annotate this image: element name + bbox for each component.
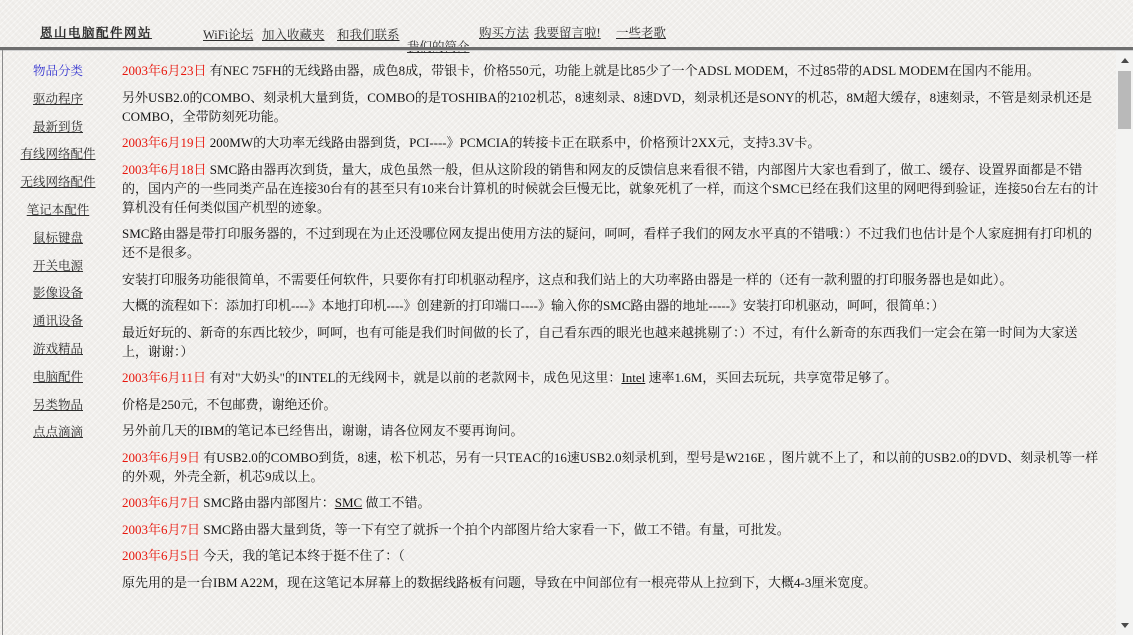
nav-leave-message[interactable]: 我要留言啦! <box>534 23 601 41</box>
news-entry: 2003年6月11日 有对"大奶头"的INTEL的无线网卡，就是以前的老款网卡，… <box>122 368 1102 387</box>
sidebar-item-13[interactable]: 点点滴滴 <box>3 419 113 447</box>
sidebar-item-3[interactable]: 有线网络配件 <box>3 141 113 169</box>
sidebar-item-4[interactable]: 无线网络配件 <box>3 169 113 197</box>
scroll-up-icon <box>1121 58 1129 63</box>
entry-link[interactable]: Intel <box>621 370 645 385</box>
news-entry: 2003年6月19日 200MW的大功率无线路由器到货，PCI----》PCMC… <box>122 133 1102 152</box>
site-title-link[interactable]: 恩山电脑配件网站 <box>40 23 152 41</box>
news-entry: 价格是250元，不包邮费，谢绝还价。 <box>122 395 1102 414</box>
sidebar-item-2[interactable]: 最新到货 <box>3 114 113 142</box>
entry-link[interactable]: SMC <box>335 495 362 510</box>
news-entry: 大概的流程如下：添加打印机----》本地打印机----》创建新的打印端口----… <box>122 296 1102 315</box>
news-entry: 另外前几天的IBM的笔记本已经售出，谢谢，请各位网友不要再询问。 <box>122 421 1102 440</box>
news-entry: 2003年6月9日 有USB2.0的COMBO到货，8速，松下机芯，另有一只TE… <box>122 448 1102 486</box>
scroll-up-button[interactable] <box>1116 53 1133 68</box>
nav-old-songs[interactable]: 一些老歌 <box>616 23 666 41</box>
news-entry: SMC路由器是带打印服务器的，不过到现在为止还没哪位网友提出使用方法的疑问，呵呵… <box>122 224 1102 262</box>
scrollbar-thumb[interactable] <box>1118 71 1131 129</box>
sidebar-item-11[interactable]: 电脑配件 <box>3 364 113 392</box>
entry-date: 2003年6月9日 <box>122 450 200 465</box>
nav-add-favorites[interactable]: 加入收藏夹 <box>262 25 325 43</box>
news-entry: 另外USB2.0的COMBO、刻录机大量到货，COMBO的是TOSHIBA的21… <box>122 88 1102 126</box>
news-entry: 2003年6月5日 今天，我的笔记本终于挺不住了：（ <box>122 546 1102 565</box>
sidebar-item-9[interactable]: 通讯设备 <box>3 308 113 336</box>
sidebar-item-7[interactable]: 开关电源 <box>3 253 113 281</box>
sidebar-item-1[interactable]: 驱动程序 <box>3 86 113 114</box>
news-entry: 最近好玩的、新奇的东西比较少，呵呵，也有可能是我们时间做的长了，自己看东西的眼光… <box>122 323 1102 361</box>
content-scrollbar[interactable] <box>1116 51 1133 635</box>
entry-date: 2003年6月5日 <box>122 548 200 563</box>
news-entry: 2003年6月23日 有NEC 75FH的无线路由器，成色8成，带银卡，价格55… <box>122 61 1102 80</box>
news-entry: 安装打印服务功能很简单，不需要任何软件，只要你有打印机驱动程序，这点和我们站上的… <box>122 270 1102 289</box>
news-list: 2003年6月23日 有NEC 75FH的无线路由器，成色8成，带银卡，价格55… <box>113 50 1116 635</box>
scroll-down-button[interactable] <box>1116 618 1133 633</box>
entry-date: 2003年6月23日 <box>122 63 207 78</box>
entry-date: 2003年6月7日 <box>122 522 200 537</box>
sidebar-item-6[interactable]: 鼠标键盘 <box>3 225 113 253</box>
nav-wifi-forum[interactable]: WiFi论坛 <box>203 25 253 43</box>
sidebar-nav: 物品分类驱动程序最新到货有线网络配件无线网络配件笔记本配件鼠标键盘开关电源影像设… <box>3 50 113 635</box>
sidebar-item-10[interactable]: 游戏精品 <box>3 336 113 364</box>
entry-date: 2003年6月18日 <box>122 162 207 177</box>
top-nav-frame: 恩山电脑配件网站 WiFi论坛 加入收藏夹 和我们联系 购买方法 我要留言啦! … <box>0 0 1133 47</box>
news-entry: 2003年6月18日 SMC路由器再次到货，量大，成色虽然一般，但从这阶段的销售… <box>122 160 1102 217</box>
entry-date: 2003年6月11日 <box>122 370 206 385</box>
nav-how-to-buy[interactable]: 购买方法 <box>479 23 529 41</box>
entry-date: 2003年6月19日 <box>122 135 207 150</box>
sidebar-item-0[interactable]: 物品分类 <box>3 58 113 86</box>
sidebar-item-5[interactable]: 笔记本配件 <box>3 197 113 225</box>
news-entry: 原先用的是一台IBM A22M，现在这笔记本屏幕上的数据线路板有问题，导致在中间… <box>122 573 1102 592</box>
news-entry: 2003年6月7日 SMC路由器内部图片：SMC 做工不错。 <box>122 493 1102 512</box>
sidebar-item-8[interactable]: 影像设备 <box>3 280 113 308</box>
sidebar-item-12[interactable]: 另类物品 <box>3 392 113 420</box>
news-entry: 2003年6月7日 SMC路由器大量到货，等一下有空了就拆一个拍个内部图片给大家… <box>122 520 1102 539</box>
entry-date: 2003年6月7日 <box>122 495 200 510</box>
nav-contact-us[interactable]: 和我们联系 <box>337 25 400 43</box>
scroll-down-icon <box>1121 623 1129 628</box>
